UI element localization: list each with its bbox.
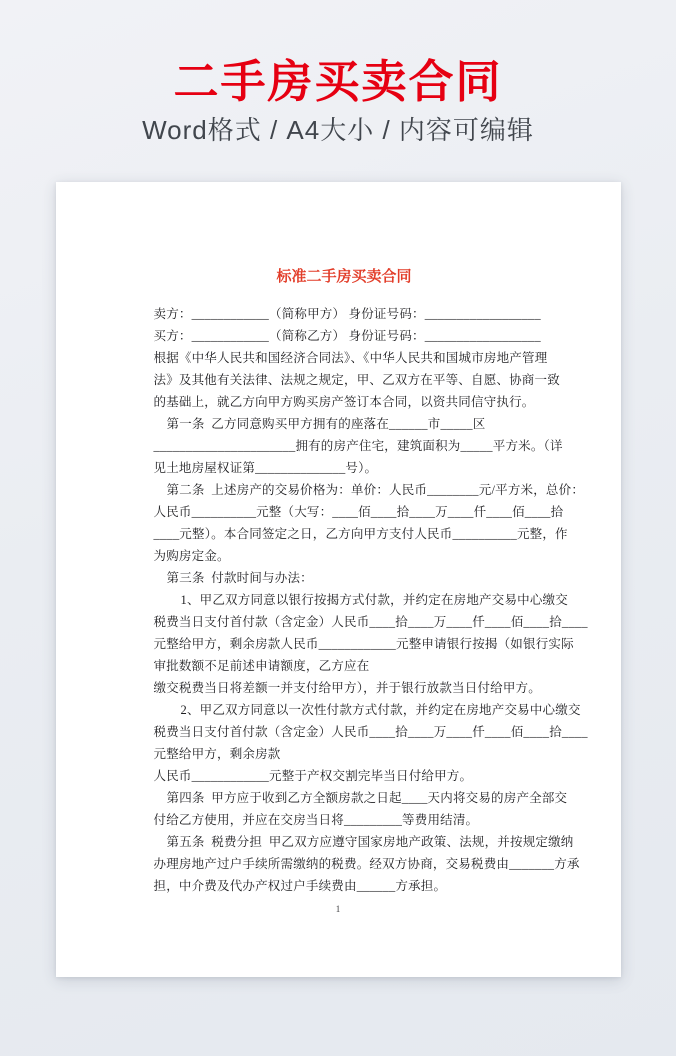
doc-line: 第三条 付款时间与办法： [154, 567, 535, 589]
doc-line: 税费当日支付首付款（含定金）人民币____拾____万____仟____佰___… [154, 611, 535, 633]
doc-line: 买方：____________（简称乙方） 身份证号码：____________… [154, 325, 535, 347]
document-title: 标准二手房买卖合同 [154, 268, 535, 286]
banner: 二手房买卖合同 Word格式 / A4大小 / 内容可编辑 [0, 0, 676, 146]
doc-line: 元整给甲方，剩余房款 [154, 743, 535, 765]
doc-line: ______________________拥有的房产住宅，建筑面积为_____… [154, 435, 535, 457]
doc-line: 卖方：____________（简称甲方） 身份证号码：____________… [154, 303, 535, 325]
doc-line: 为购房定金。 [154, 545, 535, 567]
banner-subtitle: Word格式 / A4大小 / 内容可编辑 [0, 114, 676, 146]
doc-line: 2、甲乙双方同意以一次性付款方式付款，并约定在房地产交易中心缴交 [154, 699, 535, 721]
doc-line: 人民币____________元整于产权交割完毕当日付给甲方。 [154, 765, 535, 787]
doc-line: 第四条 甲方应于收到乙方全额房款之日起____天内将交易的房产全部交 [154, 787, 535, 809]
banner-title: 二手房买卖合同 [0, 0, 676, 108]
doc-line: 人民币__________元整（大写：____佰____拾____万____仟_… [154, 501, 535, 523]
page-number: 1 [56, 904, 621, 914]
doc-line: 根据《中华人民共和国经济合同法》、《中华人民共和国城市房地产管理 [154, 347, 535, 369]
doc-line: 税费当日支付首付款（含定金）人民币____拾____万____仟____佰___… [154, 721, 535, 743]
doc-line: 担，中介费及代办产权过户手续费由______方承担。 [154, 875, 535, 897]
doc-line: 1、甲乙双方同意以银行按揭方式付款，并约定在房地产交易中心缴交 [154, 589, 535, 611]
doc-line: 法》及其他有关法律、法规之规定，甲、乙双方在平等、自愿、协商一致 [154, 369, 535, 391]
doc-line: 第五条 税费分担 甲乙双方应遵守国家房地产政策、法规，并按规定缴纳 [154, 831, 535, 853]
doc-line: ____元整）。本合同签定之日，乙方向甲方支付人民币__________元整，作 [154, 523, 535, 545]
doc-line: 审批数额不足前述申请额度，乙方应在 [154, 655, 535, 677]
document-body: 卖方：____________（简称甲方） 身份证号码：____________… [154, 303, 535, 897]
doc-line: 元整给甲方，剩余房款人民币____________元整申请银行按揭（如银行实际 [154, 633, 535, 655]
doc-line: 办理房地产过户手续所需缴纳的税费。经双方协商，交易税费由_______方承 [154, 853, 535, 875]
doc-line: 第一条 乙方同意购买甲方拥有的座落在______市_____区 [154, 413, 535, 435]
doc-line: 的基础上，就乙方向甲方购买房产签订本合同，以资共同信守执行。 [154, 391, 535, 413]
doc-line: 付给乙方使用，并应在交房当日将_________等费用结清。 [154, 809, 535, 831]
doc-line: 见土地房屋权证第______________号）。 [154, 457, 535, 479]
doc-line: 第二条 上述房产的交易价格为：单价：人民币________元/平方米，总价： [154, 479, 535, 501]
doc-line: 缴交税费当日将差额一并支付给甲方），并于银行放款当日付给甲方。 [154, 677, 535, 699]
template-preview-canvas: 二手房买卖合同 Word格式 / A4大小 / 内容可编辑 标准二手房买卖合同 … [0, 0, 676, 977]
document-page: 标准二手房买卖合同 卖方：____________（简称甲方） 身份证号码：__… [56, 182, 621, 977]
